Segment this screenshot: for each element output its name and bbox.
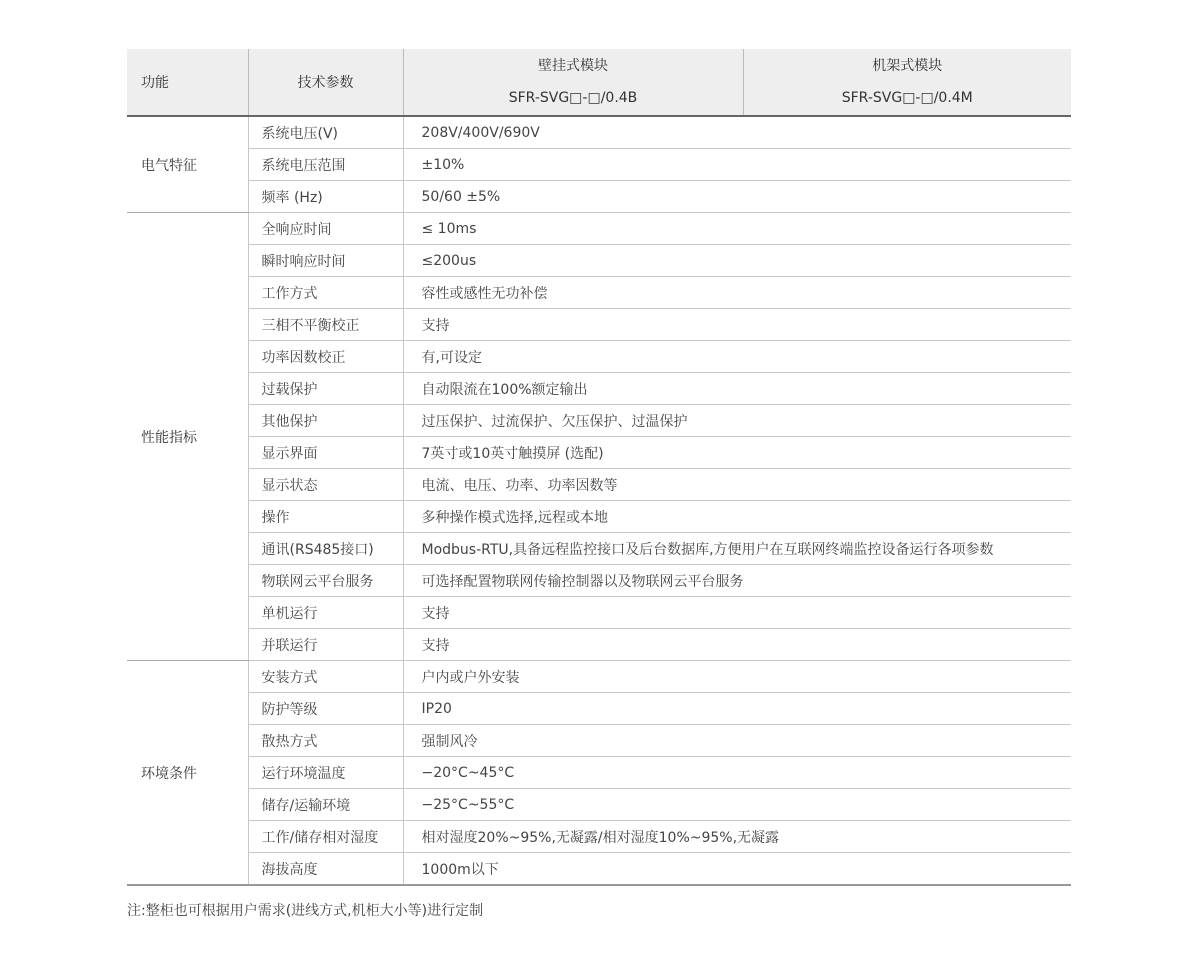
value-cell: 可选择配置物联网传输控制器以及物联网云平台服务 (403, 565, 1071, 597)
value-cell: 容性或感性无功补偿 (403, 277, 1071, 309)
value-cell: −25°C~55°C (403, 789, 1071, 821)
param-cell: 三相不平衡校正 (248, 309, 403, 341)
header-rack-module: 机架式模块 SFR-SVG□-□/0.4M (743, 49, 1071, 116)
table-row: 运行环境温度 −20°C~45°C (127, 757, 1071, 789)
param-cell: 操作 (248, 501, 403, 533)
param-cell: 工作方式 (248, 277, 403, 309)
value-cell: 相对湿度20%~95%,无凝露/相对湿度10%~95%,无凝露 (403, 821, 1071, 853)
value-cell: IP20 (403, 693, 1071, 725)
table-header: 功能 技术参数 壁挂式模块 SFR-SVG□-□/0.4B 机架式模块 SFR-… (127, 49, 1071, 116)
value-cell: ≤200us (403, 245, 1071, 277)
group-performance: 性能指标 (127, 213, 248, 661)
value-cell: 电流、电压、功率、功率因数等 (403, 469, 1071, 501)
table-row: 储存/运输环境 −25°C~55°C (127, 789, 1071, 821)
group-environment: 环境条件 (127, 661, 248, 886)
param-cell: 安装方式 (248, 661, 403, 693)
value-cell: 208V/400V/690V (403, 116, 1071, 149)
param-cell: 通讯(RS485接口) (248, 533, 403, 565)
param-cell: 工作/储存相对湿度 (248, 821, 403, 853)
table-row: 防护等级 IP20 (127, 693, 1071, 725)
param-cell: 显示状态 (248, 469, 403, 501)
table-row: 环境条件 安装方式 户内或户外安装 (127, 661, 1071, 693)
wall-module-title: 壁挂式模块 (404, 56, 743, 76)
param-cell: 系统电压(V) (248, 116, 403, 149)
table-row: 海拔高度 1000m以下 (127, 853, 1071, 886)
table-row: 单机运行 支持 (127, 597, 1071, 629)
param-cell: 物联网云平台服务 (248, 565, 403, 597)
param-cell: 并联运行 (248, 629, 403, 661)
table-row: 工作方式 容性或感性无功补偿 (127, 277, 1071, 309)
value-cell: ±10% (403, 149, 1071, 181)
table-body: 电气特征 系统电压(V) 208V/400V/690V 系统电压范围 ±10% … (127, 116, 1071, 885)
param-cell: 防护等级 (248, 693, 403, 725)
table-row: 物联网云平台服务 可选择配置物联网传输控制器以及物联网云平台服务 (127, 565, 1071, 597)
table-row: 显示状态 电流、电压、功率、功率因数等 (127, 469, 1071, 501)
table-row: 工作/储存相对湿度 相对湿度20%~95%,无凝露/相对湿度10%~95%,无凝… (127, 821, 1071, 853)
table-row: 通讯(RS485接口) Modbus-RTU,具备远程监控接口及后台数据库,方便… (127, 533, 1071, 565)
param-cell: 海拔高度 (248, 853, 403, 886)
value-cell: 支持 (403, 629, 1071, 661)
footnote: 注:整柜也可根据用户需求(进线方式,机柜大小等)进行定制 (127, 901, 483, 921)
param-cell: 显示界面 (248, 437, 403, 469)
value-cell: 支持 (403, 309, 1071, 341)
param-cell: 频率 (Hz) (248, 181, 403, 213)
param-cell: 单机运行 (248, 597, 403, 629)
table-row: 频率 (Hz) 50/60 ±5% (127, 181, 1071, 213)
param-cell: 运行环境温度 (248, 757, 403, 789)
table-row: 并联运行 支持 (127, 629, 1071, 661)
param-cell: 散热方式 (248, 725, 403, 757)
header-function: 功能 (127, 49, 248, 116)
table-row: 系统电压范围 ±10% (127, 149, 1071, 181)
table-row: 瞬时响应时间 ≤200us (127, 245, 1071, 277)
value-cell: −20°C~45°C (403, 757, 1071, 789)
value-cell: Modbus-RTU,具备远程监控接口及后台数据库,方便用户在互联网终端监控设备… (403, 533, 1071, 565)
value-cell: 50/60 ±5% (403, 181, 1071, 213)
spec-table: 功能 技术参数 壁挂式模块 SFR-SVG□-□/0.4B 机架式模块 SFR-… (127, 49, 1071, 886)
param-cell: 全响应时间 (248, 213, 403, 245)
table-row: 性能指标 全响应时间 ≤ 10ms (127, 213, 1071, 245)
value-cell: 1000m以下 (403, 853, 1071, 886)
value-cell: ≤ 10ms (403, 213, 1071, 245)
table-row: 操作 多种操作模式选择,远程或本地 (127, 501, 1071, 533)
table-row: 电气特征 系统电压(V) 208V/400V/690V (127, 116, 1071, 149)
spec-table-container: 功能 技术参数 壁挂式模块 SFR-SVG□-□/0.4B 机架式模块 SFR-… (127, 49, 1071, 886)
param-cell: 其他保护 (248, 405, 403, 437)
wall-module-model: SFR-SVG□-□/0.4B (404, 88, 743, 108)
value-cell: 有,可设定 (403, 341, 1071, 373)
table-row: 功率因数校正 有,可设定 (127, 341, 1071, 373)
param-cell: 系统电压范围 (248, 149, 403, 181)
value-cell: 多种操作模式选择,远程或本地 (403, 501, 1071, 533)
table-row: 显示界面 7英寸或10英寸触摸屏 (选配) (127, 437, 1071, 469)
param-cell: 储存/运输环境 (248, 789, 403, 821)
param-cell: 过载保护 (248, 373, 403, 405)
value-cell: 强制风冷 (403, 725, 1071, 757)
value-cell: 户内或户外安装 (403, 661, 1071, 693)
table-row: 散热方式 强制风冷 (127, 725, 1071, 757)
header-wall-module: 壁挂式模块 SFR-SVG□-□/0.4B (403, 49, 743, 116)
value-cell: 自动限流在100%额定输出 (403, 373, 1071, 405)
table-row: 其他保护 过压保护、过流保护、欠压保护、过温保护 (127, 405, 1071, 437)
param-cell: 瞬时响应时间 (248, 245, 403, 277)
group-electrical: 电气特征 (127, 116, 248, 213)
header-tech-params: 技术参数 (248, 49, 403, 116)
param-cell: 功率因数校正 (248, 341, 403, 373)
rack-module-title: 机架式模块 (744, 56, 1072, 76)
value-cell: 支持 (403, 597, 1071, 629)
table-row: 过载保护 自动限流在100%额定输出 (127, 373, 1071, 405)
table-row: 三相不平衡校正 支持 (127, 309, 1071, 341)
rack-module-model: SFR-SVG□-□/0.4M (744, 88, 1072, 108)
value-cell: 过压保护、过流保护、欠压保护、过温保护 (403, 405, 1071, 437)
value-cell: 7英寸或10英寸触摸屏 (选配) (403, 437, 1071, 469)
